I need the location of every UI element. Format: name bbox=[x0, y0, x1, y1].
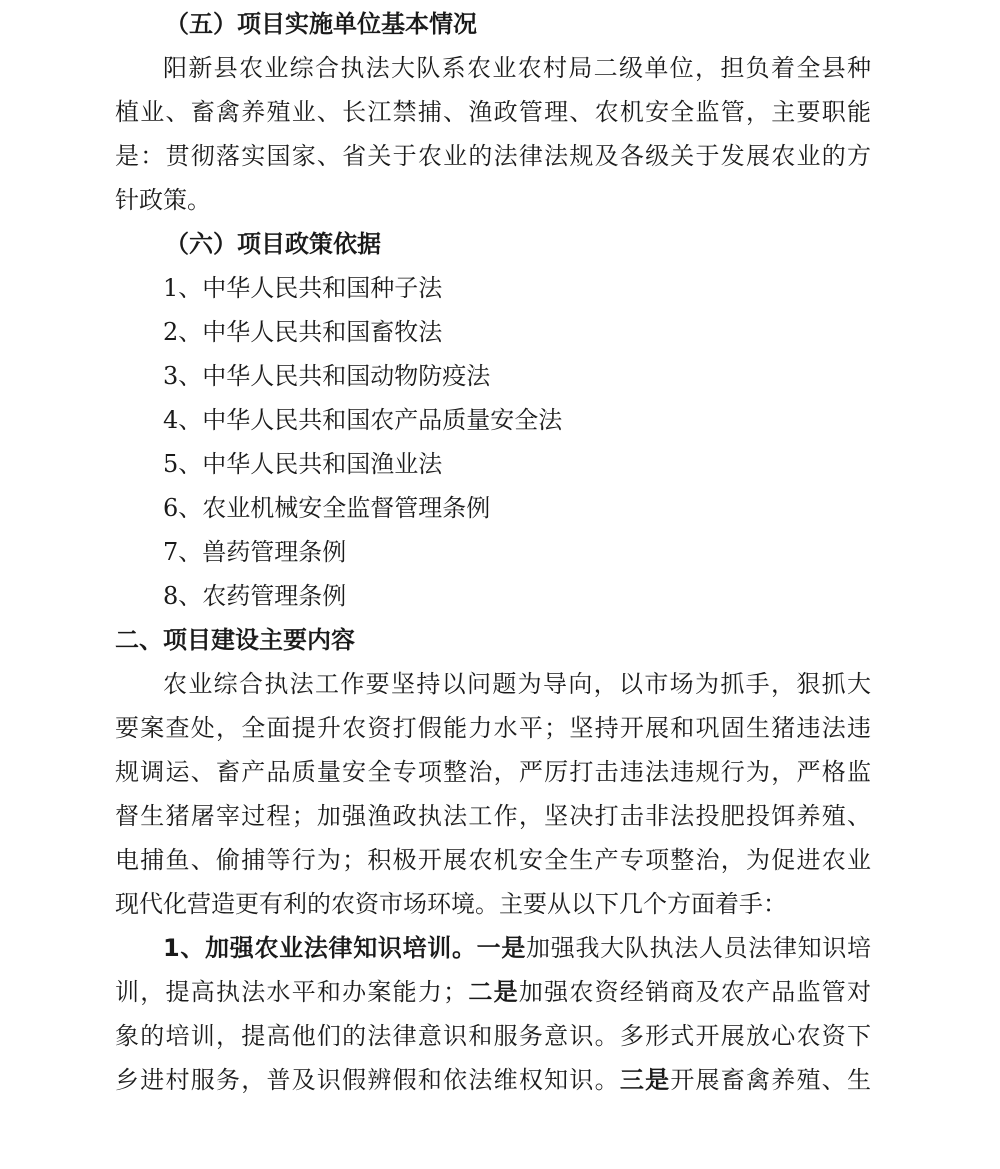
policy-list-item: 7、兽药管理条例 bbox=[115, 530, 871, 574]
paragraph-line: 植业、畜禽养殖业、长江禁捕、渔政管理、农机安全监管，主要职能 bbox=[115, 90, 871, 134]
policy-list-item: 8、农药管理条例 bbox=[115, 574, 871, 618]
paragraph-line: 是：贯彻落实国家、省关于农业的法律法规及各级关于发展农业的方 bbox=[115, 134, 871, 178]
policy-list-item: 2、中华人民共和国畜牧法 bbox=[115, 310, 871, 354]
item1-text: 加强农资经销商及农产品监管对 bbox=[519, 978, 871, 1006]
item1-line: 训，提高执法水平和办案能力；二是加强农资经销商及农产品监管对 bbox=[115, 970, 871, 1014]
policy-list-item: 4、中华人民共和国农产品质量安全法 bbox=[115, 398, 871, 442]
policy-list-item: 6、农业机械安全监督管理条例 bbox=[115, 486, 871, 530]
paragraph-line: 阳新县农业综合执法大队系农业农村局二级单位，担负着全县种 bbox=[115, 46, 871, 90]
paragraph-line: 电捕鱼、偷捕等行为；积极开展农机安全生产专项整治，为促进农业 bbox=[115, 838, 871, 882]
item1-text: 加强我大队执法人员法律知识培 bbox=[526, 934, 871, 962]
paragraph-line: 现代化营造更有利的农资市场环境。主要从以下几个方面着手： bbox=[115, 882, 871, 926]
item1-line: 1、加强农业法律知识培训。一是加强我大队执法人员法律知识培 bbox=[115, 926, 871, 970]
item1-text: 开展畜禽养殖、生 bbox=[670, 1066, 871, 1094]
item1-line: 象的培训，提高他们的法律意识和服务意识。多形式开展放心农资下 bbox=[115, 1014, 871, 1058]
policy-list-item: 5、中华人民共和国渔业法 bbox=[115, 442, 871, 486]
emphasis-second: 二是 bbox=[467, 978, 519, 1006]
item1-text: 乡进村服务，普及识假辨假和依法维权知识。 bbox=[115, 1066, 620, 1094]
item1-title: 1、加强农业法律知识培训。 bbox=[163, 934, 477, 962]
emphasis-first: 一是 bbox=[477, 934, 526, 962]
policy-list-item: 3、中华人民共和国动物防疫法 bbox=[115, 354, 871, 398]
paragraph-line: 要案查处，全面提升农资打假能力水平；坚持开展和巩固生猪违法违 bbox=[115, 706, 871, 750]
item1-text: 训，提高执法水平和办案能力； bbox=[115, 978, 467, 1006]
paragraph-line: 督生猪屠宰过程；加强渔政执法工作，坚决打击非法投肥投饵养殖、 bbox=[115, 794, 871, 838]
section-heading-5: （五）项目实施单位基本情况 bbox=[115, 2, 871, 46]
emphasis-third: 三是 bbox=[620, 1066, 670, 1094]
section-heading-6: （六）项目政策依据 bbox=[115, 222, 871, 266]
part-heading-2: 二、项目建设主要内容 bbox=[115, 618, 871, 662]
paragraph-line: 农业综合执法工作要坚持以问题为导向，以市场为抓手，狠抓大 bbox=[115, 662, 871, 706]
paragraph-line: 规调运、畜产品质量安全专项整治，严厉打击违法违规行为，严格监 bbox=[115, 750, 871, 794]
policy-list-item: 1、中华人民共和国种子法 bbox=[115, 266, 871, 310]
document-page: （五）项目实施单位基本情况 阳新县农业综合执法大队系农业农村局二级单位，担负着全… bbox=[115, 2, 871, 1102]
paragraph-line: 针政策。 bbox=[115, 178, 871, 222]
item1-line: 乡进村服务，普及识假辨假和依法维权知识。三是开展畜禽养殖、生 bbox=[115, 1058, 871, 1102]
